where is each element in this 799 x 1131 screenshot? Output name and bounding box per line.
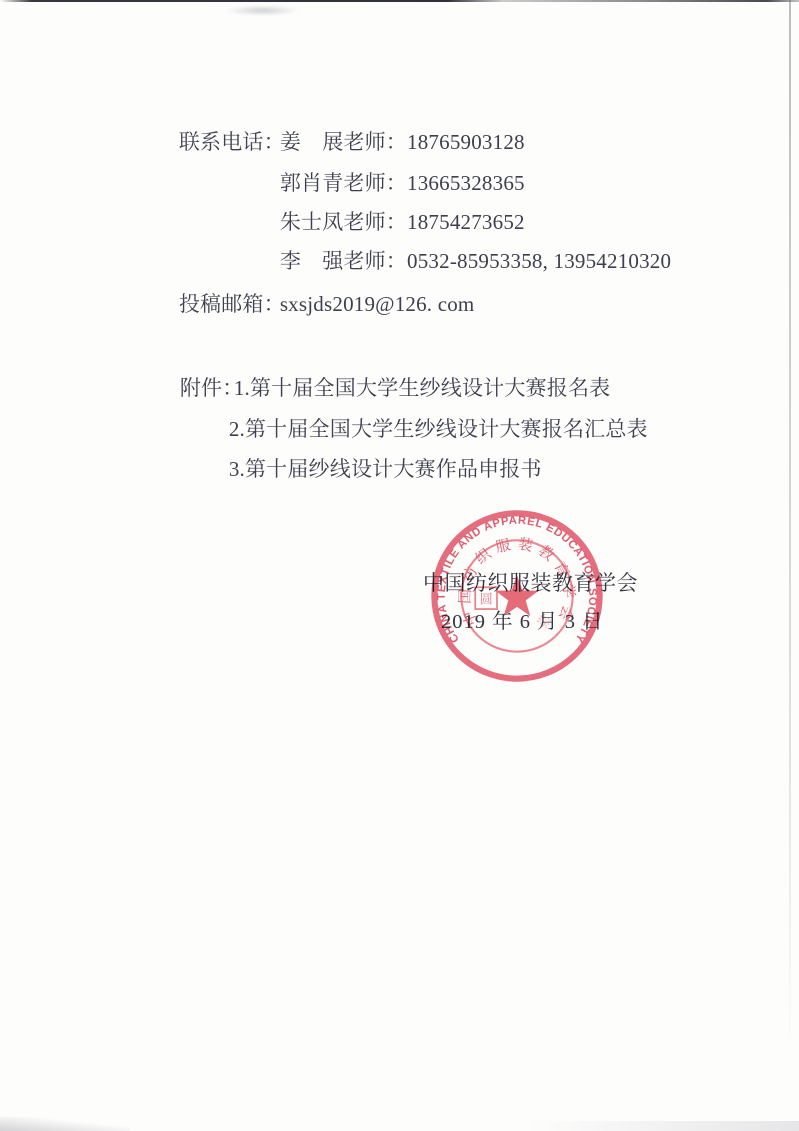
- email-line: 投稿邮箱：sxsjds2019@126. com: [157, 273, 474, 336]
- attachment-item: 3.第十届纱线设计大赛作品申报书: [229, 457, 542, 481]
- scan-smudge: [529, 1121, 799, 1131]
- attachment-line: 3.第十届纱线设计大赛作品申报书: [207, 438, 542, 501]
- seal-security-mark-char: 综: [534, 611, 554, 631]
- contact-phone: 0532-85953358, 13954210320: [407, 249, 671, 273]
- contact-phone: 18765903128: [407, 130, 525, 154]
- contact-name: 李 强老师：: [280, 249, 407, 273]
- contact-name: 姜 展老师：: [280, 130, 407, 154]
- seal-star-icon: [496, 575, 539, 616]
- scan-smudge: [225, 5, 300, 16]
- attachments-label: 附件：: [180, 378, 234, 399]
- scan-artifact-right-edge: [789, 0, 791, 1058]
- attachment-item: 1.第十届全国大学生纱线设计大赛报名表: [234, 376, 611, 400]
- scan-smudge: [0, 1117, 130, 1131]
- contact-phones-label: 联系电话：: [179, 132, 280, 153]
- email-address: sxsjds2019@126. com: [280, 292, 475, 316]
- seal-security-box-char: 圆: [480, 591, 493, 606]
- official-seal: CHINA TEXTILE AND APPAREL EDUCATION SOCI…: [430, 509, 604, 683]
- email-label: 投稿邮箱：: [179, 294, 280, 315]
- scanned-letter-page: 联系电话：姜 展老师：18765903128 郭肖青老师：13665328365…: [0, 0, 799, 1131]
- scan-artifact-top-edge: [0, 0, 799, 2]
